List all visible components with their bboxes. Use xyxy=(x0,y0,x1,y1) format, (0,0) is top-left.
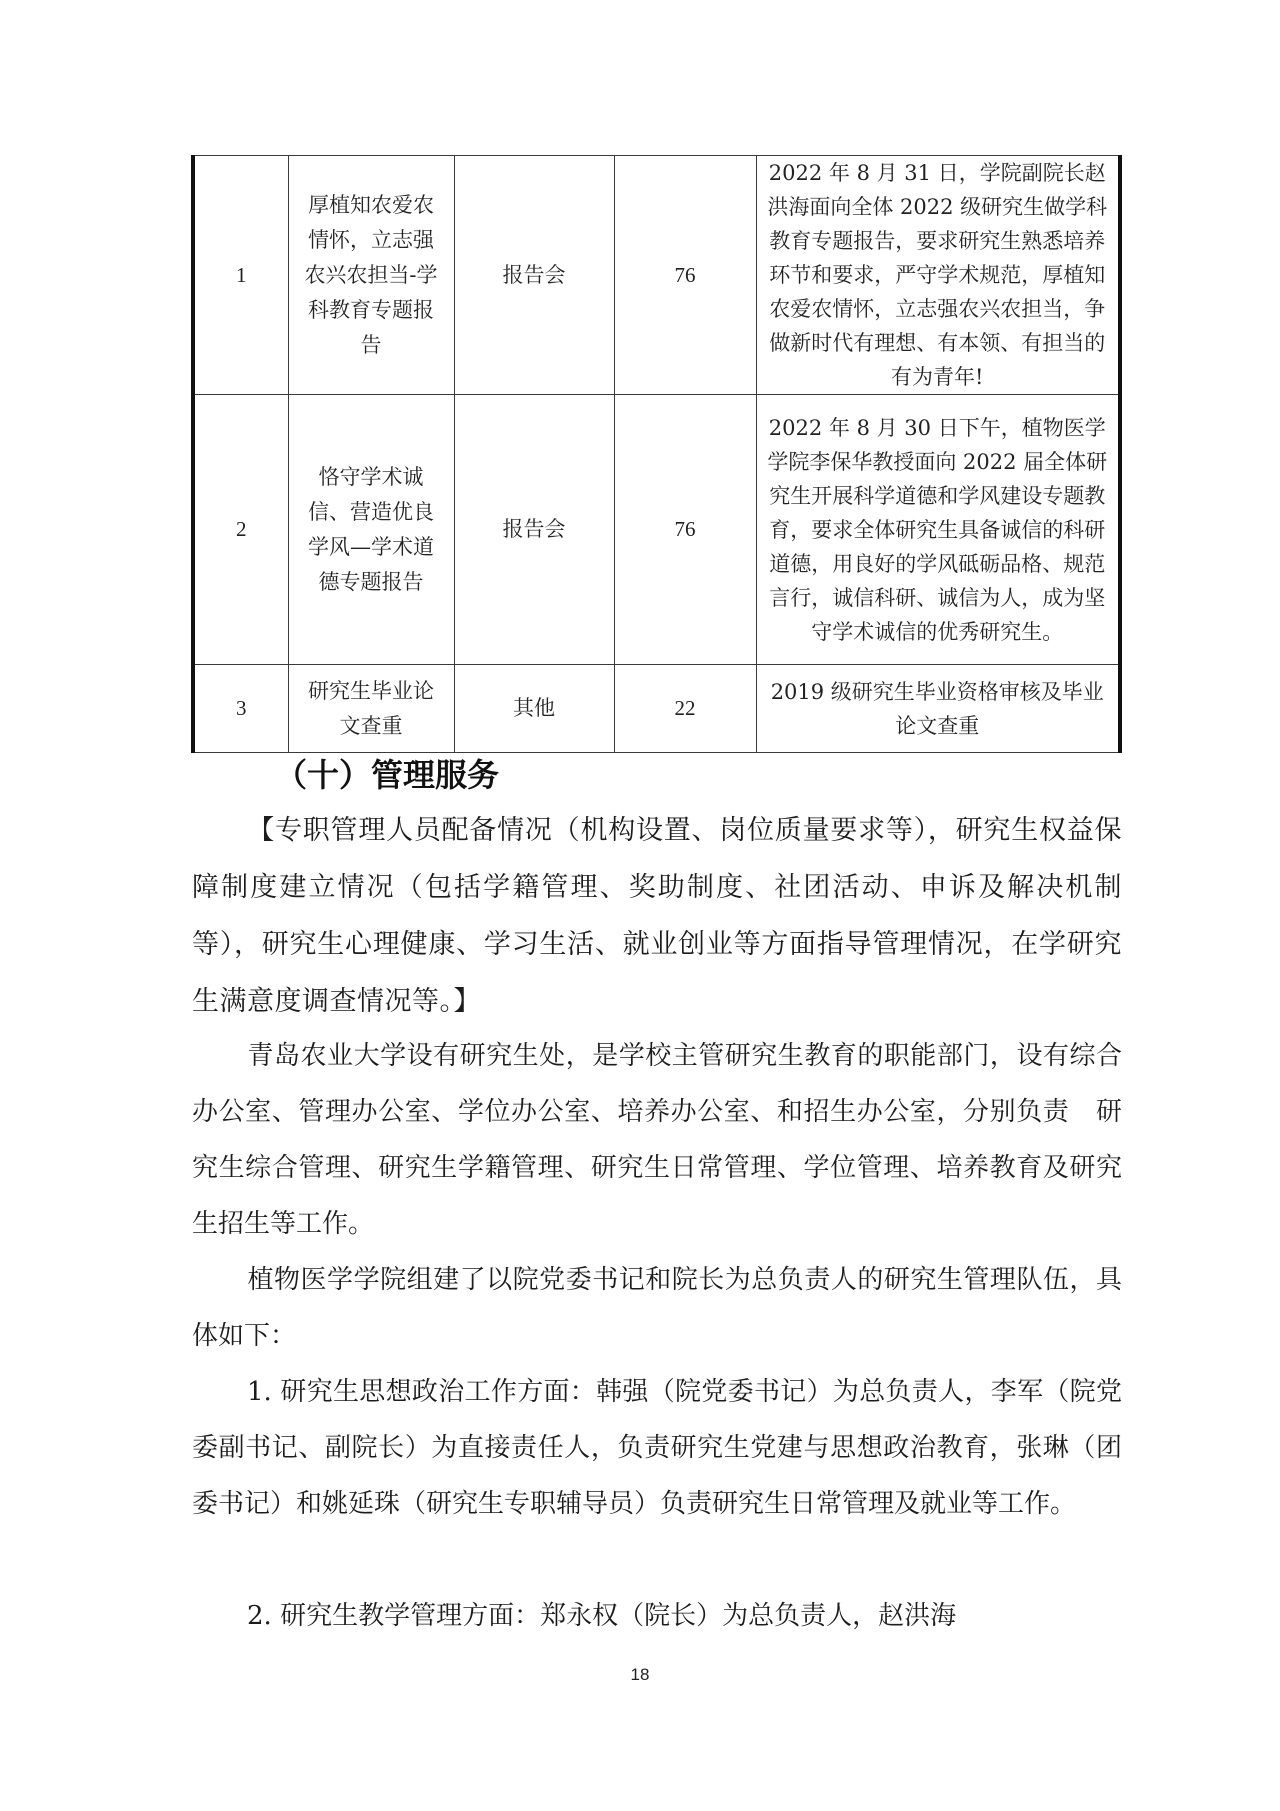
paragraph: 植物医学学院组建了以院党委书记和院长为总负责人的研究生管理队伍，具体如下： xyxy=(192,1252,1122,1364)
activity-title: 厚植知农爱农情怀，立志强农兴农担当-学科教育专题报告 xyxy=(288,156,454,395)
prompt-text: 【专职管理人员配备情况（机构设置、岗位质量要求等），研究生权益保障制度建立情况（… xyxy=(192,815,1122,1017)
table-row: 1 厚植知农爱农情怀，立志强农兴农担当-学科教育专题报告 报告会 76 2022… xyxy=(193,156,1120,395)
activity-type: 其他 xyxy=(454,665,614,753)
paragraph-text: 1. 研究生思想政治工作方面：韩强（院党委书记）为总负责人，李军（院党委副书记、… xyxy=(192,1377,1122,1519)
paragraph-text: 2. 研究生教学管理方面：郑永权（院长）为总负责人，赵洪海 xyxy=(247,1601,956,1631)
activity-type: 报告会 xyxy=(454,156,614,395)
activity-description: 2019 级研究生毕业资格审核及毕业论文查重 xyxy=(756,665,1120,753)
paragraph: 1. 研究生思想政治工作方面：韩强（院党委书记）为总负责人，李军（院党委副书记、… xyxy=(192,1364,1122,1532)
activity-description: 2022 年 8 月 30 日下午，植物医学学院李保华教授面向 2022 届全体… xyxy=(756,395,1120,665)
page-number: 18 xyxy=(0,1665,1280,1685)
table-row: 2 恪守学术诚信、营造优良学风—学术道德专题报告 报告会 76 2022 年 8… xyxy=(193,395,1120,665)
document-page: 1 厚植知农爱农情怀，立志强农兴农担当-学科教育专题报告 报告会 76 2022… xyxy=(0,0,1280,1811)
activity-title: 研究生毕业论文查重 xyxy=(288,665,454,753)
activity-title: 恪守学术诚信、营造优良学风—学术道德专题报告 xyxy=(288,395,454,665)
row-index: 1 xyxy=(193,156,288,395)
paragraph: 2. 研究生教学管理方面：郑永权（院长）为总负责人，赵洪海 xyxy=(192,1588,1122,1644)
section-heading: （十）管理服务 xyxy=(275,750,499,800)
paragraph-text: 青岛农业大学设有研究生处，是学校主管研究生教育的职能部门，设有综合办公室、管理办… xyxy=(192,1041,1122,1239)
activity-type: 报告会 xyxy=(454,395,614,665)
table-row: 3 研究生毕业论文查重 其他 22 2019 级研究生毕业资格审核及毕业论文查重 xyxy=(193,665,1120,753)
paragraph: 青岛农业大学设有研究生处，是学校主管研究生教育的职能部门，设有综合办公室、管理办… xyxy=(192,1028,1122,1252)
section-prompt: 【专职管理人员配备情况（机构设置、岗位质量要求等），研究生权益保障制度建立情况（… xyxy=(192,802,1122,1030)
activities-table: 1 厚植知农爱农情怀，立志强农兴农担当-学科教育专题报告 报告会 76 2022… xyxy=(191,155,1122,753)
row-index: 2 xyxy=(193,395,288,665)
activity-description: 2022 年 8 月 31 日，学院副院长赵洪海面向全体 2022 级研究生做学… xyxy=(756,156,1120,395)
paragraph-text: 植物医学学院组建了以院党委书记和院长为总负责人的研究生管理队伍，具体如下： xyxy=(192,1265,1122,1351)
participant-count: 22 xyxy=(614,665,756,753)
row-index: 3 xyxy=(193,665,288,753)
participant-count: 76 xyxy=(614,156,756,395)
participant-count: 76 xyxy=(614,395,756,665)
